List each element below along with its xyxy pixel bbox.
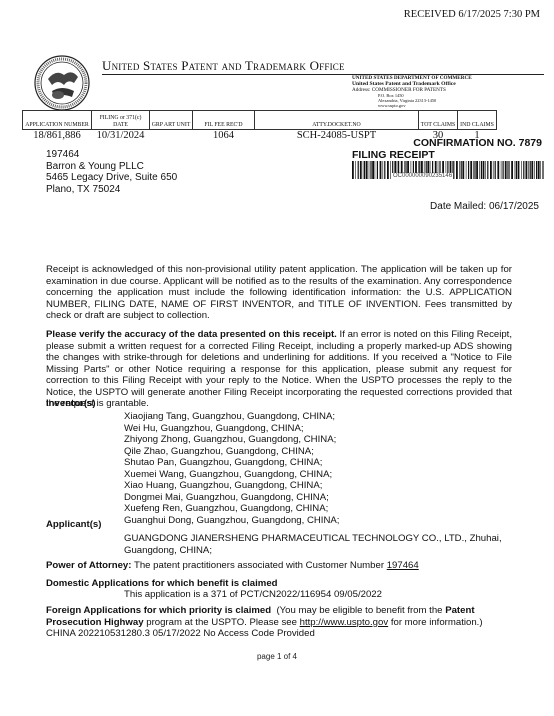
inventor-item: Dongmei Mai, Guangzhou, Guangdong, CHINA… bbox=[124, 492, 339, 504]
customer-number: 197464 bbox=[46, 149, 177, 161]
verify-body: If an error is noted on this Filing Rece… bbox=[46, 329, 512, 409]
header-app-number: APPLICATION NUMBER bbox=[23, 111, 92, 130]
inventor-item: Xuemei Wang, Guangzhou, Guangdong, CHINA… bbox=[124, 469, 339, 481]
grp-art-unit bbox=[150, 130, 193, 142]
foreign-text-2: program at the USPTO. Please see bbox=[144, 617, 300, 628]
firm-name: Barron & Young PLLC bbox=[46, 161, 177, 173]
header-fil-fee: FIL FEE REC'D bbox=[193, 111, 255, 130]
verify-paragraph: Please verify the accuracy of the data p… bbox=[46, 329, 512, 410]
verify-bold-lead: Please verify the accuracy of the data p… bbox=[46, 329, 337, 340]
poa-label: Power of Attorney: bbox=[46, 560, 131, 571]
inventor-item: Shutao Pan, Guangzhou, Guangdong, CHINA; bbox=[124, 457, 339, 469]
correspondence-address: 197464 Barron & Young PLLC 5465 Legacy D… bbox=[46, 149, 177, 195]
inventor-item: Guanghui Dong, Guangzhou, Guangdong, CHI… bbox=[124, 515, 339, 527]
page-number: page 1 of 4 bbox=[0, 652, 554, 661]
filing-receipt-title: FILING RECEIPT bbox=[352, 149, 435, 161]
inventor-list: Xiaojiang Tang, Guangzhou, Guangdong, CH… bbox=[124, 411, 339, 526]
power-of-attorney: Power of Attorney: The patent practition… bbox=[46, 560, 419, 571]
atty-docket: SCH-24085-USPT bbox=[255, 130, 419, 142]
poa-text: The patent practitioners associated with… bbox=[131, 560, 386, 571]
header-ind-claims: IND CLAIMS bbox=[458, 111, 497, 130]
foreign-text-1: (You may be eligible to benefit from the bbox=[271, 605, 445, 616]
inventor-item: Wei Hu, Guangzhou, Guangdong, CHINA; bbox=[124, 423, 339, 435]
address-label: Address: bbox=[352, 87, 370, 93]
inventor-item: Xiao Huang, Guangzhou, Guangdong, CHINA; bbox=[124, 480, 339, 492]
applicants-label: Applicant(s) bbox=[46, 519, 101, 530]
inventors-label: Inventor(s) bbox=[46, 398, 96, 409]
app-number: 18/861,886 bbox=[23, 130, 92, 142]
inventor-item: Zhiyong Zhong, Guangzhou, Guangdong, CHI… bbox=[124, 434, 339, 446]
street-address: 5465 Legacy Drive, Suite 650 bbox=[46, 172, 177, 184]
foreign-application-entry: CHINA 202210531280.3 05/17/2022 No Acces… bbox=[46, 628, 512, 640]
address-commissioner: COMMISSIONER FOR PATENTS bbox=[372, 87, 446, 93]
domestic-applications-label: Domestic Applications for which benefit … bbox=[46, 578, 278, 589]
uspto-seal-icon bbox=[34, 55, 90, 111]
address-line-4: www.uspto.gov bbox=[352, 103, 472, 108]
poa-customer-number-link[interactable]: 197464 bbox=[387, 560, 419, 571]
inventor-item: Xiaojiang Tang, Guangzhou, Guangdong, CH… bbox=[124, 411, 339, 423]
uspto-link[interactable]: http://www.uspto.gov bbox=[300, 617, 389, 628]
inventor-item: Qile Zhao, Guangzhou, Guangdong, CHINA; bbox=[124, 446, 339, 458]
header-tot-claims: TOT CLAIMS bbox=[419, 111, 458, 130]
date-mailed: Date Mailed: 06/17/2025 bbox=[430, 201, 539, 212]
confirmation-number: CONFIRMATION NO. 7879 bbox=[413, 137, 542, 149]
foreign-text-3: for more information.) bbox=[388, 617, 482, 628]
fil-fee: 1064 bbox=[193, 130, 255, 142]
city-state-zip: Plano, TX 75024 bbox=[46, 184, 177, 196]
received-stamp: RECEIVED 6/17/2025 7:30 PM bbox=[404, 9, 540, 20]
header-filing-date: FILING or 371(c) DATE bbox=[92, 111, 150, 130]
applicant-name: GUANGDONG JIANERSHENG PHARMACEUTICAL TEC… bbox=[124, 533, 514, 556]
bib-header-row: APPLICATION NUMBER FILING or 371(c) DATE… bbox=[23, 111, 547, 130]
header-rule bbox=[102, 74, 544, 75]
header-grp-art-unit: GRP ART UNIT bbox=[150, 111, 193, 130]
domestic-applications-text: This application is a 371 of PCT/CN2022/… bbox=[124, 589, 382, 600]
header-atty-docket: ATTY.DOCKET.NO bbox=[255, 111, 419, 130]
department-address-block: UNITED STATES DEPARTMENT OF COMMERCE Uni… bbox=[352, 76, 472, 108]
office-title: United States Patent and Trademark Offic… bbox=[102, 58, 345, 74]
filing-date: 10/31/2024 bbox=[92, 130, 150, 142]
barcode-number: OC000000090235146 bbox=[392, 173, 453, 179]
acknowledgement-paragraph: Receipt is acknowledged of this non-prov… bbox=[46, 264, 512, 322]
foreign-applications: Foreign Applications for which priority … bbox=[46, 605, 512, 640]
inventor-item: Xuefeng Ren, Guangzhou, Guangdong, CHINA… bbox=[124, 503, 339, 515]
foreign-label: Foreign Applications for which priority … bbox=[46, 605, 271, 616]
